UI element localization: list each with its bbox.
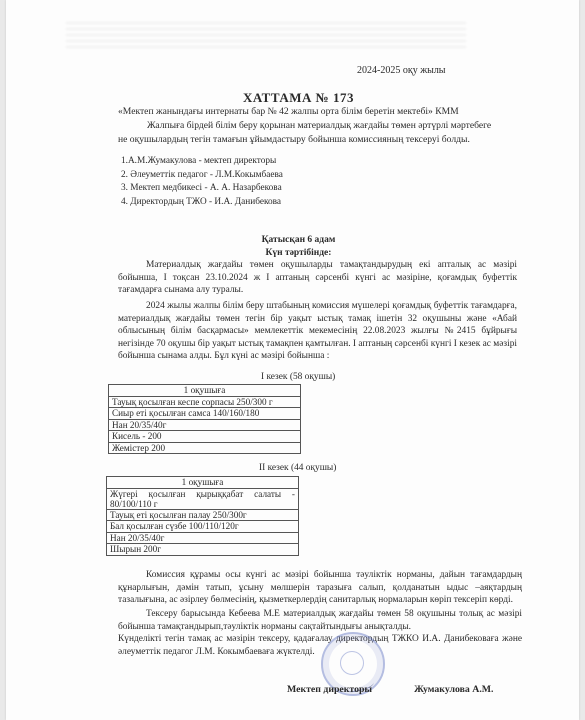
signatory-role: Мектеп директоры [287, 684, 372, 695]
member-item: 1.А.М.Жумакулова - мектеп директоры [121, 155, 283, 169]
table-header: 1 оқушыға [109, 385, 301, 397]
intro-line-1: Жалпыға бірдей білім беру қорынан матери… [147, 120, 491, 131]
bleed-through-text [66, 22, 466, 50]
menu-item: Шырын 200г [107, 544, 299, 556]
member-item: 3. Мектеп медбикесі - А. А. Назарбекова [121, 182, 283, 196]
commission-members: 1.А.М.Жумакулова - мектеп директоры 2. Ә… [121, 155, 283, 209]
academic-year: 2024-2025 оқу жылы [357, 65, 446, 76]
menu-item: Сиыр еті қосылған самса 140/160/180 [109, 408, 301, 420]
signature-line: Мектеп директорыЖумакулова А.М. [287, 684, 493, 695]
member-item: 4. Директордың ТЖО - И.А. Данибекова [121, 196, 283, 210]
agenda-heading: Күн тәртібінде: [6, 248, 579, 258]
menu-item: Жемістер 200 [109, 442, 301, 454]
intro-line-2: не оқушылардың тегін тамағын ұйымдастыру… [118, 134, 470, 145]
shift1-caption: І кезек (58 оқушы) [261, 372, 335, 382]
commission-text: Комиссия құрамы осы күнгі ас мәзірі бойы… [118, 570, 522, 605]
signatory-name: Жумакулова А.М. [414, 684, 493, 695]
shift1-menu-table: 1 оқушыға Тауық қосылған кеспе сорпасы 2… [108, 384, 301, 454]
menu-item: Тауық еті қосылған палау 250/300г [107, 509, 299, 521]
shift2-caption: ІІ кезек (44 оқушы) [259, 463, 336, 473]
inspection-paragraph: 2024 жылы жалпы білім беру штабының коми… [118, 300, 517, 363]
menu-item: Нан 20/35/40г [109, 419, 301, 431]
organization-name: «Мектеп жанындағы интернаты бар № 42 жал… [118, 106, 459, 117]
menu-item: Бал қосылған сүзбе 100/110/120г [107, 521, 299, 533]
inspection-text: 2024 жылы жалпы білім беру штабының коми… [118, 301, 517, 361]
attendance-count: Қатысқан 6 адам [6, 235, 579, 245]
conclusion-paragraph: Тексеру барысында Кебеева М.Е материалды… [118, 608, 522, 658]
menu-item: Тауық қосылған кеспе сорпасы 250/300 г [109, 396, 301, 408]
menu-item: Нан 20/35/40г [107, 532, 299, 544]
shift2-menu-table: 1 оқушыға Жүгері қосылған қырыққабат сал… [106, 476, 299, 556]
menu-item: Кисель - 200 [109, 431, 301, 443]
table-header: 1 оқушыға [107, 477, 299, 489]
document-page: 2024-2025 оқу жылы ХАТТАМА № 173 «Мектеп… [6, 0, 579, 720]
agenda-text: Материалдық жағдайы төмен оқушыларды там… [118, 260, 517, 295]
menu-item: Жүгері қосылған қырыққабат салаты - 80/1… [107, 488, 299, 509]
agenda-paragraph: Материалдық жағдайы төмен оқушыларды там… [118, 259, 517, 297]
assignment-text: Күнделікті тегін тамақ ас мәзірін тексер… [118, 634, 522, 657]
conclusion-text: Тексеру барысында Кебеева М.Е материалды… [118, 609, 522, 632]
protocol-title: ХАТТАМА № 173 [6, 90, 579, 106]
commission-paragraph: Комиссия құрамы осы күнгі ас мәзірі бойы… [118, 569, 522, 607]
member-item: 2. Әлеуметтік педагог - Л.М.Кокымбаева [121, 169, 283, 183]
